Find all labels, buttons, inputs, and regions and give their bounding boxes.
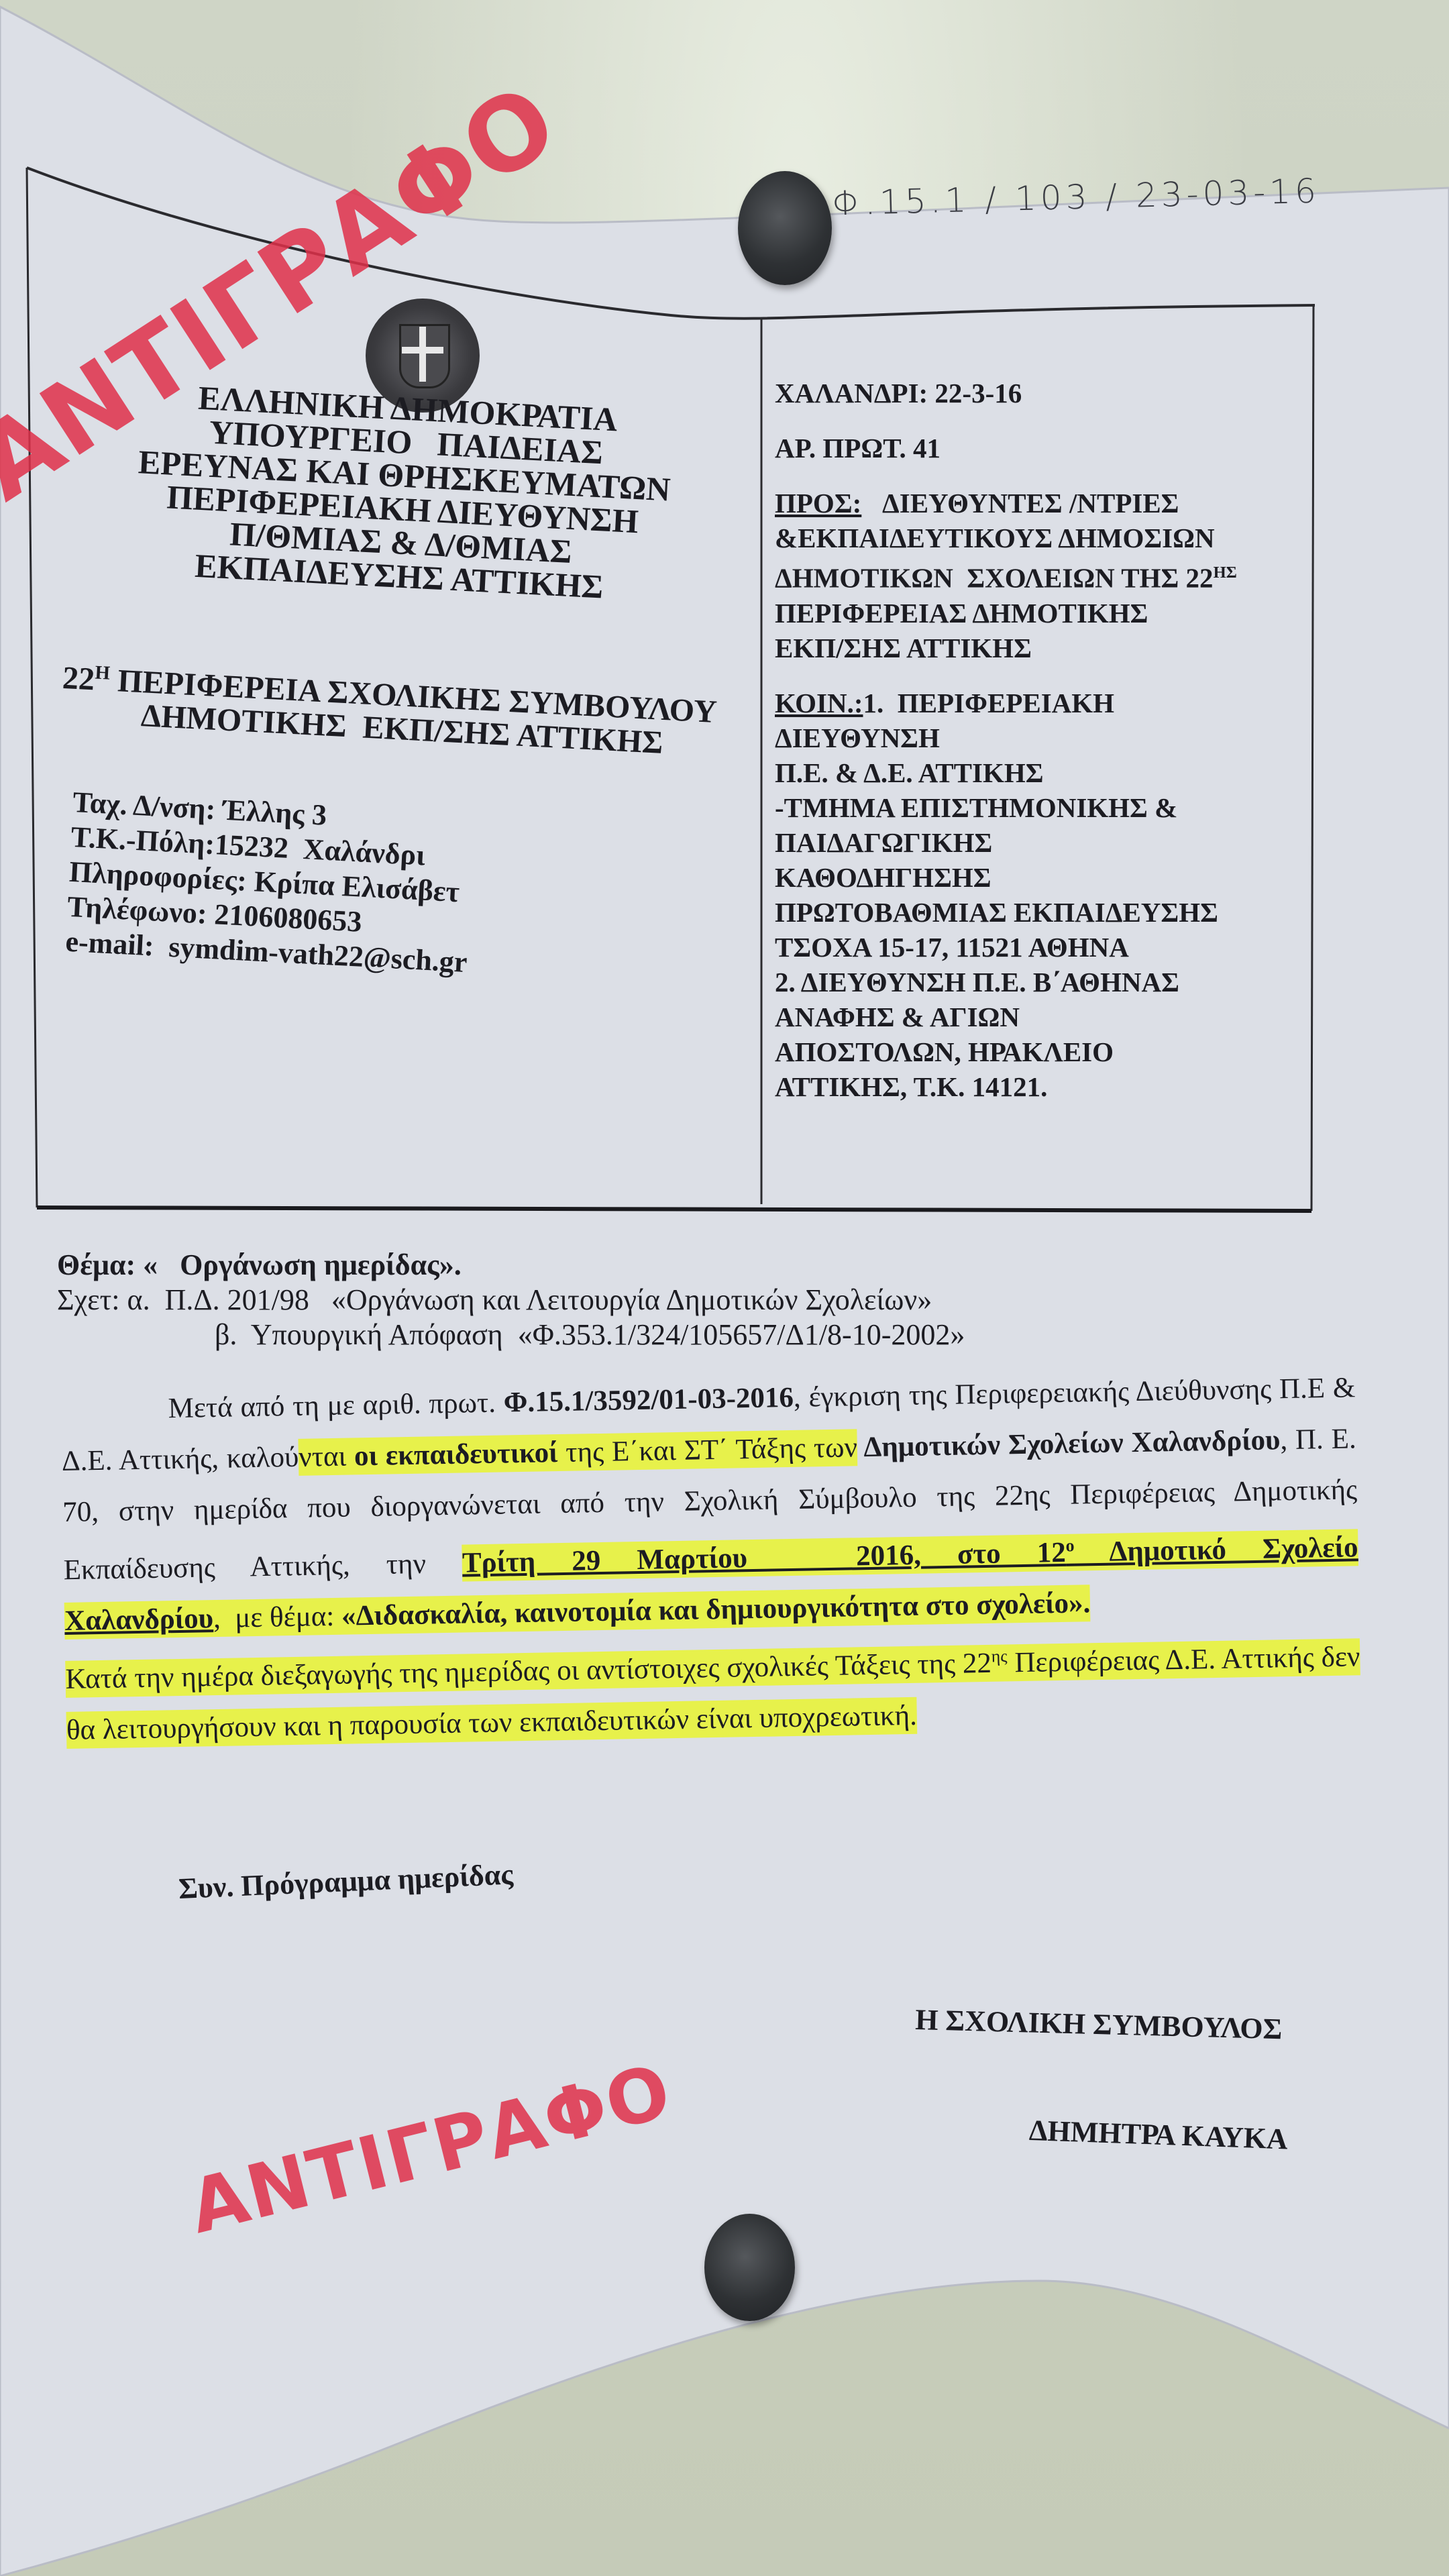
to-label: ΠΡΟΣ: (775, 488, 861, 519)
to-line: ΕΚΠ/ΣΗΣ ΑΤΤΙΚΗΣ (775, 631, 1237, 665)
place-date: ΧΑΛΑΝΔΡΙ: 22-3-16 (775, 376, 1237, 411)
cc-line: ΔΙΕΥΘΥΝΣΗ (775, 720, 1237, 755)
office-number: 22 (62, 660, 96, 697)
recipients-block: ΧΑΛΑΝΔΡΙ: 22-3-16 ΑΡ. ΠΡΩΤ. 41 ΠΡΟΣ: ΔΙΕ… (775, 376, 1237, 1104)
to-line: ΠΕΡΙΦΕΡΕΙΑΣ ΔΗΜΟΤΙΚΗΣ (775, 596, 1237, 631)
reference-a: Σχετ: α. Π.Δ. 201/98 «Οργάνωση και Λειτο… (57, 1283, 965, 1318)
office-sup: Η (95, 661, 111, 684)
cc-line: ΑΝΑΦΗΣ & ΑΓΙΩΝ (775, 1000, 1237, 1034)
cc-line: 2. ΔΙΕΥΘΥΝΣΗ Π.Ε. Β΄ΑΘΗΝΑΣ (775, 965, 1237, 1000)
cc-line: ΠΑΙΔΑΓΩΓΙΚΗΣ (775, 825, 1237, 860)
subject-block: Θέμα: « Οργάνωση ημερίδας». Σχετ: α. Π.Δ… (57, 1248, 965, 1352)
cc-line: Π.Ε. & Δ.Ε. ΑΤΤΙΚΗΣ (775, 755, 1237, 790)
cc-line: -ΤΜΗΜΑ ΕΠΙΣΤΗΜΟΝΙΚΗΣ & (775, 790, 1237, 825)
cc-line: ΚΑΘΟΔΗΓΗΣΗΣ (775, 860, 1237, 895)
body-paragraph-1: Μετά από τη με αριθ. πρωτ. Φ.15.1/3592/0… (60, 1362, 1361, 1756)
cc-line: ΑΠΟΣΤΟΛΩΝ, ΗΡΑΚΛΕΙΟ (775, 1034, 1237, 1069)
cc-line: ΤΣΟΧΑ 15-17, 11521 ΑΘΗΝΑ (775, 930, 1237, 965)
schools: Δημοτικών Σχολείων Χαλανδρίου (857, 1424, 1281, 1463)
to-line: ΔΗΜΟΤΙΚΩΝ ΣΧΟΛΕΙΩΝ ΤΗΣ 22ΗΣ (775, 555, 1237, 596)
cc-label: ΚΟΙΝ.: (775, 688, 863, 718)
subject-label: Θέμα (57, 1248, 126, 1281)
to-line: ΠΡΟΣ: ΔΙΕΥΘΥΝΤΕΣ /ΝΤΡΙΕΣ (775, 486, 1237, 521)
subject-line: Θέμα: « Οργάνωση ημερίδας». (57, 1248, 965, 1283)
cc-line: ΑΤΤΙΚΗΣ, Τ.Κ. 14121. (775, 1069, 1237, 1104)
protocol-number: ΑΡ. ΠΡΩΤ. 41 (775, 431, 1237, 466)
issuer-header: ΕΛΛΗΝΙΚΗ ΔΗΜΟΚΡΑΤΙΑ ΥΠΟΥΡΓΕΙΟ ΠΑΙΔΕΙΑΣ Ε… (90, 376, 716, 609)
body-paragraph-2: Κατά την ημέρα διεξαγωγής της ημερίδας ο… (65, 1648, 991, 1695)
magnet-bottom (704, 2214, 795, 2321)
reference-b: β. Υπουργική Απόφαση «Φ.353.1/324/105657… (57, 1318, 965, 1352)
magnet-top (738, 171, 832, 285)
cc-line: ΠΡΩΤΟΒΑΘΜΙΑΣ ΕΚΠΑΙΔΕΥΣΗΣ (775, 895, 1237, 930)
approval-reference: Φ.15.1/3592/01-03-2016 (503, 1382, 794, 1419)
contact-block: Ταχ. Δ/νση: Έλλης 3 Τ.Κ.-Πόλη:15232 Χαλά… (64, 785, 475, 980)
event-theme: «Διδασκαλία, καινοτομία και δημιουργικότ… (341, 1588, 1091, 1632)
to-line: &ΕΚΠΑΙΔΕΥΤΙΚΟΥΣ ΔΗΜΟΣΙΩΝ (775, 521, 1237, 555)
cc-line: ΚΟΙΝ.:1. ΠΕΡΙΦΕΡΕΙΑΚΗ (775, 686, 1237, 720)
subject-text: : « Οργάνωση ημερίδας». (126, 1248, 462, 1281)
